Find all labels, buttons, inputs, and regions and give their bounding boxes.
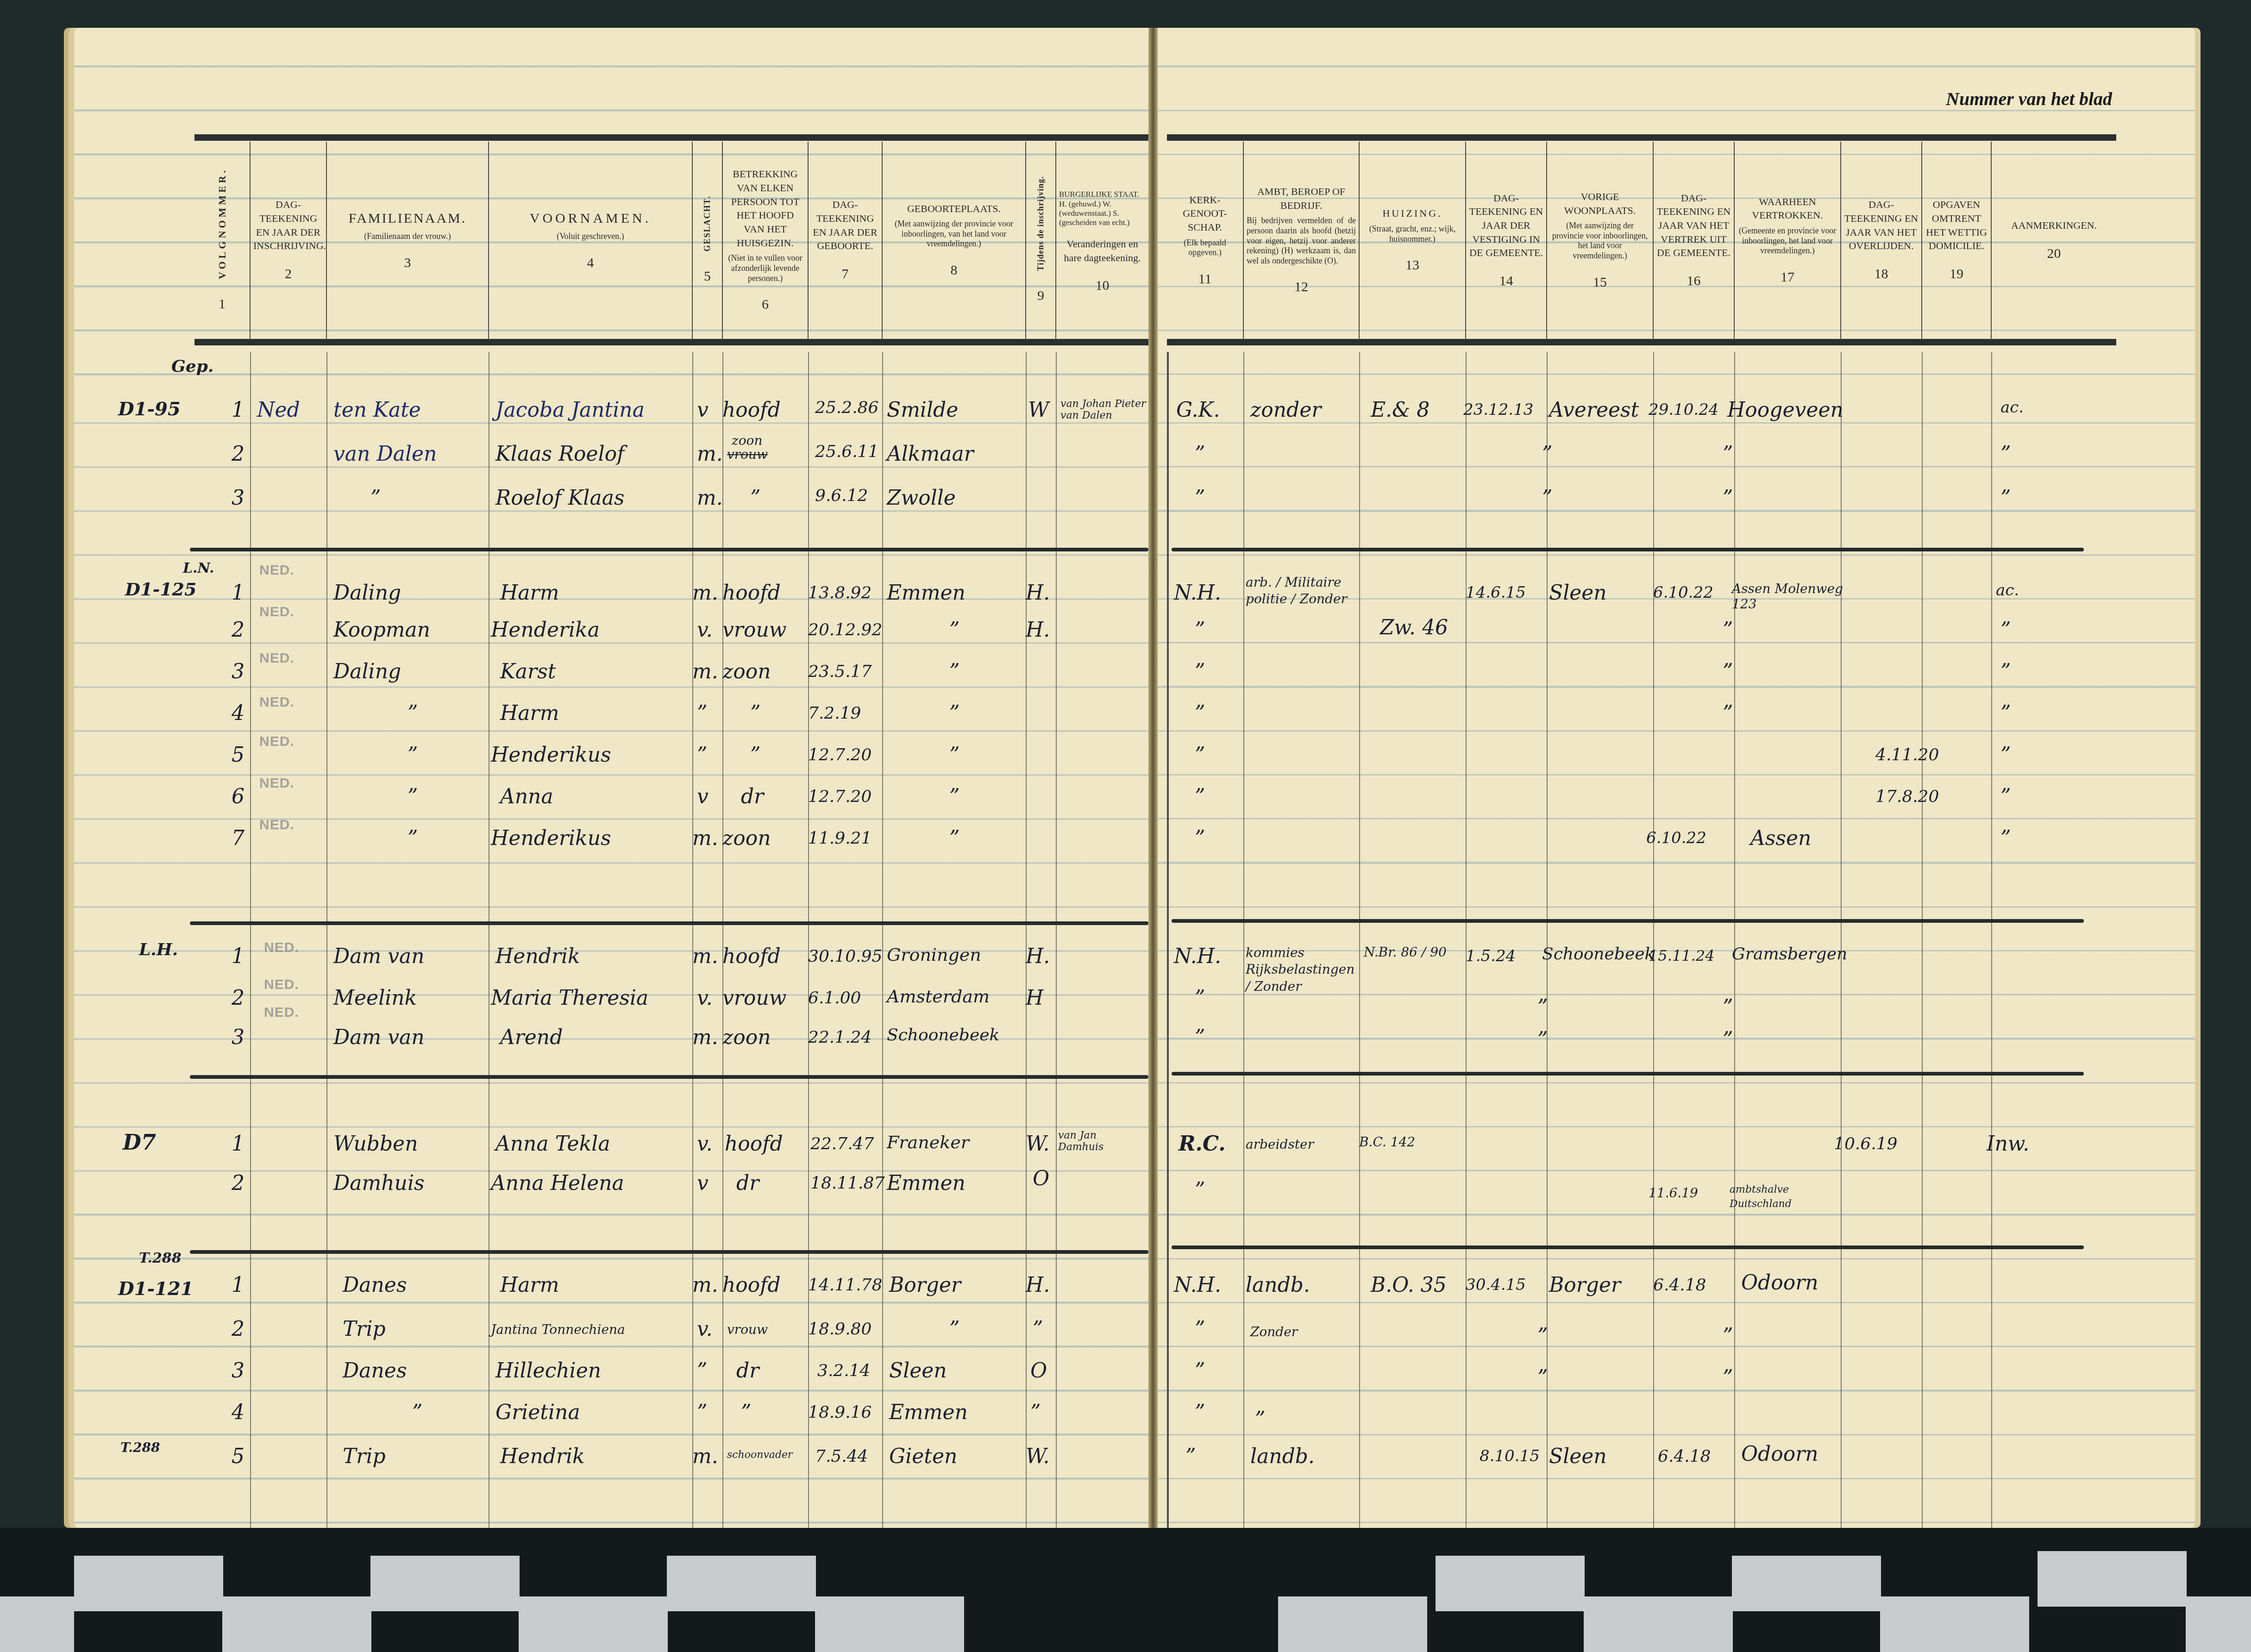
- col-16-header: DAG- TEEKENING EN JAAR VAN HET VERTREK U…: [1653, 142, 1734, 340]
- page-number-label: Nummer van het blad: [1946, 88, 2112, 110]
- col-12-header: AMBT, BEROEP OF BEDRIJF.Bij bedrijven ve…: [1243, 142, 1359, 340]
- col-13-header: HUIZING.(Straat, gracht, enz.; wijk, hui…: [1359, 142, 1466, 340]
- col-1-header: VOLGNOMMER.1: [194, 142, 250, 340]
- col-9-header: Tijdens de inschrijving.9: [1026, 142, 1056, 340]
- col-5-header: GESLACHT.5: [692, 142, 722, 340]
- col-2-header: DAG- TEEKENING EN JAAR DER INSCHRIJVING.…: [250, 142, 326, 340]
- household-divider: [190, 921, 1148, 925]
- col-20-header: AANMERKINGEN.20: [1991, 142, 2116, 340]
- col-14-header: DAG- TEEKENING EN JAAR DER VESTIGING IN …: [1466, 142, 1547, 340]
- header-bottom-rule: [194, 339, 1148, 345]
- header-top-rule: [194, 134, 1148, 141]
- col-8-header: GEBOORTEPLAATS.(Met aanwijzing der provi…: [882, 142, 1026, 340]
- col-10-header: BURGERLIJKE STAAT. H. (gehuwd.) W. (wedu…: [1056, 142, 1148, 340]
- col-4-header: VOORNAMEN.(Voluit geschreven.)4: [489, 142, 692, 340]
- col-18-header: DAG- TEEKENING EN JAAR VAN HET OVERLIJDE…: [1841, 142, 1922, 340]
- col-15-header: VORIGE WOONPLAATS.(Met aanwijzing der pr…: [1547, 142, 1653, 340]
- household-divider: [1172, 548, 2084, 551]
- household-divider: [1172, 919, 2084, 923]
- household-divider: [190, 548, 1148, 551]
- col-11-header: KERK- GENOOT- SCHAP.(Elk bepaald opgeven…: [1167, 142, 1243, 340]
- header-left: VOLGNOMMER.1 DAG- TEEKENING EN JAAR DER …: [194, 142, 1148, 340]
- header-right: KERK- GENOOT- SCHAP.(Elk bepaald opgeven…: [1167, 142, 2116, 340]
- col-6-header: BETREKKING VAN ELKEN PERSOON TOT HET HOO…: [722, 142, 808, 340]
- col-7-header: DAG- TEEKENING EN JAAR DER GEBOORTE.7: [808, 142, 882, 340]
- household-divider: [1172, 1245, 2084, 1249]
- col-17-header: WAARHEEN VERTROKKEN.(Gemeente en provinc…: [1734, 142, 1841, 340]
- col-19-header: OPGAVEN OMTRENT HET WETTIG DOMICILIE.19: [1922, 142, 1991, 340]
- column-grid: [0, 352, 2251, 1528]
- color-scale-bar: [0, 1528, 2251, 1652]
- household-divider: [190, 1075, 1148, 1079]
- household-divider: [1172, 1072, 2084, 1076]
- header-top-rule-right: [1167, 134, 2116, 141]
- header-bottom-rule-right: [1167, 339, 2116, 345]
- household-divider: [190, 1250, 1148, 1254]
- col-3-header: FAMILIENAAM.(Familienaam der vrouw.)3: [326, 142, 489, 340]
